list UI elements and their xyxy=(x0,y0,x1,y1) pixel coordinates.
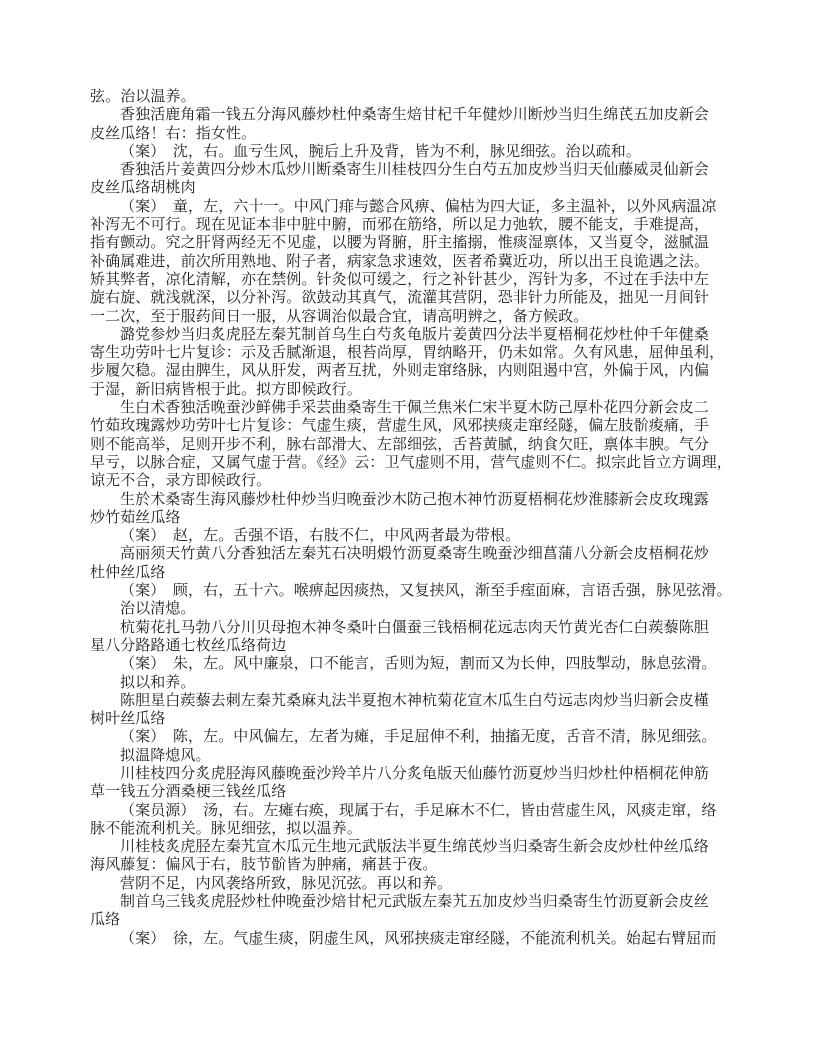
text-body: 弦。治以温养。香独活鹿角霜一钱五分海风藤炒杜仲桑寄生焙甘杞千年健炒川断炒当归生绵… xyxy=(90,87,728,947)
text-line-9: 指有颤动。究之肝肾两经无不见虚，以腰为肾腑，肝主搐搦，惟痰湿禀体，又当夏令，滋腻… xyxy=(90,233,728,251)
text-line-36: （案） 陈，左。中风偏左，左者为瘫，手足屈伸不利，抽搐无度，舌音不清，脉见细弦。 xyxy=(90,727,728,745)
text-line-6: 皮丝瓜络胡桃肉 xyxy=(90,178,728,196)
text-line-43: 海风藤复：偏风于右，肢节骱皆为肿痛，痛甚于夜。 xyxy=(90,855,728,873)
text-line-14: 潞党参炒当归炙虎胫左秦艽制首乌生白芍炙龟版片姜黄四分法半夏梧桐花炒杜仲千年健桑 xyxy=(90,325,728,343)
text-line-29: 治以清熄。 xyxy=(90,599,728,617)
text-line-18: 生白术香独活晚蚕沙鲜佛手采芸曲桑寄生干佩兰焦米仁宋半夏木防己厚朴花四分新会皮二 xyxy=(90,398,728,416)
text-line-35: 树叶丝瓜络 xyxy=(90,709,728,727)
text-line-30: 杭菊花扎马勃八分川贝母抱木神冬桑叶白僵蚕三钱梧桐花远志肉天竹黄光杏仁白蒺藜陈胆 xyxy=(90,618,728,636)
text-line-24: 炒竹茹丝瓜络 xyxy=(90,508,728,526)
text-line-16: 步履欠稳。湿由脾生，风从肝发，两者互扰，外则走窜络脉，内则阻遏中宫，外偏于风，内… xyxy=(90,361,728,379)
text-line-38: 川桂枝四分炙虎胫海风藤晚蚕沙羚羊片八分炙龟版天仙藤竹沥夏炒当归炒杜仲梧桐花伸筋 xyxy=(90,764,728,782)
text-line-11: 矫其弊者，凉化清解，亦在禁例。针灸似可缓之，行之补针甚少，泻针为多，不过在手法中… xyxy=(90,270,728,288)
text-line-41: 脉不能流利机关。脉见细弦，拟以温养。 xyxy=(90,819,728,837)
text-line-42: 川桂枝炙虎胫左秦艽宣木瓜元生地元武版法半夏生绵芪炒当归桑寄生新会皮炒杜仲丝瓜络 xyxy=(90,837,728,855)
text-line-34: 陈胆星白蒺藜去刺左秦艽桑麻丸法半夏抱木神杭菊花宣木瓜生白芍远志肉炒当归新会皮槿 xyxy=(90,691,728,709)
text-line-39: 草一钱五分酒桑梗三钱丝瓜络 xyxy=(90,782,728,800)
text-line-31: 星八分路路通七枚丝瓜络荷边 xyxy=(90,636,728,654)
text-line-47: （案） 徐，左。气虚生痰，阴虚生风，风邪挟痰走窜经隧，不能流利机关。始起右臂屈而 xyxy=(90,929,728,947)
text-line-44: 营阴不足，内风袭络所致，脉见沉弦。再以和养。 xyxy=(90,874,728,892)
text-line-3: 皮丝瓜络！右：指女性。 xyxy=(90,124,728,142)
text-line-12: 旋右旋、就浅就深，以分补泻。欲鼓动其真气，流灌其营阴，恐非针力所能及，拙见一月间… xyxy=(90,288,728,306)
text-line-22: 谅无不合，录方即候政行。 xyxy=(90,471,728,489)
text-line-32: （案） 朱，左。风中廉泉，口不能言，舌则为短，割而又为长伸，四肢掣动，脉息弦滑。 xyxy=(90,654,728,672)
text-line-17: 于湿，新旧病皆根于此。拟方即候政行。 xyxy=(90,380,728,398)
text-line-2: 香独活鹿角霜一钱五分海风藤炒杜仲桑寄生焙甘杞千年健炒川断炒当归生绵芪五加皮新会 xyxy=(90,105,728,123)
text-line-23: 生於术桑寄生海风藤炒杜仲炒当归晚蚕沙木防己抱木神竹沥夏梧桐花炒淮膝新会皮玫瑰露 xyxy=(90,490,728,508)
text-line-7: （案） 童，左，六十一。中风门痱与懿合风痹、偏枯为四大证，多主温补，以外风病温凉 xyxy=(90,197,728,215)
text-line-8: 补泻无不可行。现在见证本非中脏中腑，而邪在筋络，所以足力弛软，腰不能支，手难提高… xyxy=(90,215,728,233)
text-line-10: 补确属难进，前次所用熟地、附子者，病家急求速效，医者希冀近功，所以出王良诡遇之法… xyxy=(90,252,728,270)
text-line-26: 高丽须天竹黄八分香独活左秦艽石决明煅竹沥夏桑寄生晚蚕沙细菖蒲八分新会皮梧桐花炒 xyxy=(90,544,728,562)
document-page: 弦。治以温养。香独活鹿角霜一钱五分海风藤炒杜仲桑寄生焙甘杞千年健炒川断炒当归生绵… xyxy=(0,0,816,1056)
text-line-19: 竹茹玫瑰露炒功劳叶七片复诊：气虚生痰，营虚生风，风邪挟痰走窜经隧，偏左肢骱痠痛，… xyxy=(90,416,728,434)
text-line-15: 寄生功劳叶七片复诊：示及舌腻渐退，根苔尚厚，胃纳略开，仍未如常。久有风患，屈伸虽… xyxy=(90,343,728,361)
text-line-33: 拟以和养。 xyxy=(90,673,728,691)
text-line-40: （案员源） 汤，右。左瘫右痪，现属于右，手足麻木不仁，皆由营虚生风，风痰走窜，络 xyxy=(90,801,728,819)
text-line-20: 则不能高举，足则开步不利，脉右部滑大、左部细弦，舌苔黄腻，纳食欠旺，禀体丰腴。气… xyxy=(90,435,728,453)
text-line-45: 制首乌三钱炙虎胫炒杜仲晚蚕沙焙甘杞元武版左秦艽五加皮炒当归桑寄生竹沥夏新会皮丝 xyxy=(90,892,728,910)
text-line-28: （案） 顾，右，五十六。喉痹起因痰热，又复挟风，渐至手痓面麻，言语舌强，脉见弦滑… xyxy=(90,581,728,599)
text-line-46: 瓜络 xyxy=(90,910,728,928)
text-line-13: 一二次，至于服药间日一服，从容调治似最合宜，请高明辨之，备方候政。 xyxy=(90,307,728,325)
text-line-1: 弦。治以温养。 xyxy=(90,87,728,105)
text-line-21: 早亏，以脉合症，又属气虚于营。《经》云：卫气虚则不用，营气虚则不仁。拟宗此旨立方… xyxy=(90,453,728,471)
text-line-5: 香独活片姜黄四分炒木瓜炒川断桑寄生川桂枝四分生白芍五加皮炒当归天仙藤威灵仙新会 xyxy=(90,160,728,178)
text-line-4: （案） 沈，右。血亏生风，腕后上升及背，皆为不利，脉见细弦。治以疏和。 xyxy=(90,142,728,160)
text-line-25: （案） 赵，左。舌强不语，右肢不仁，中风两者最为带根。 xyxy=(90,526,728,544)
text-line-37: 拟温降熄风。 xyxy=(90,746,728,764)
text-line-27: 杜仲丝瓜络 xyxy=(90,563,728,581)
